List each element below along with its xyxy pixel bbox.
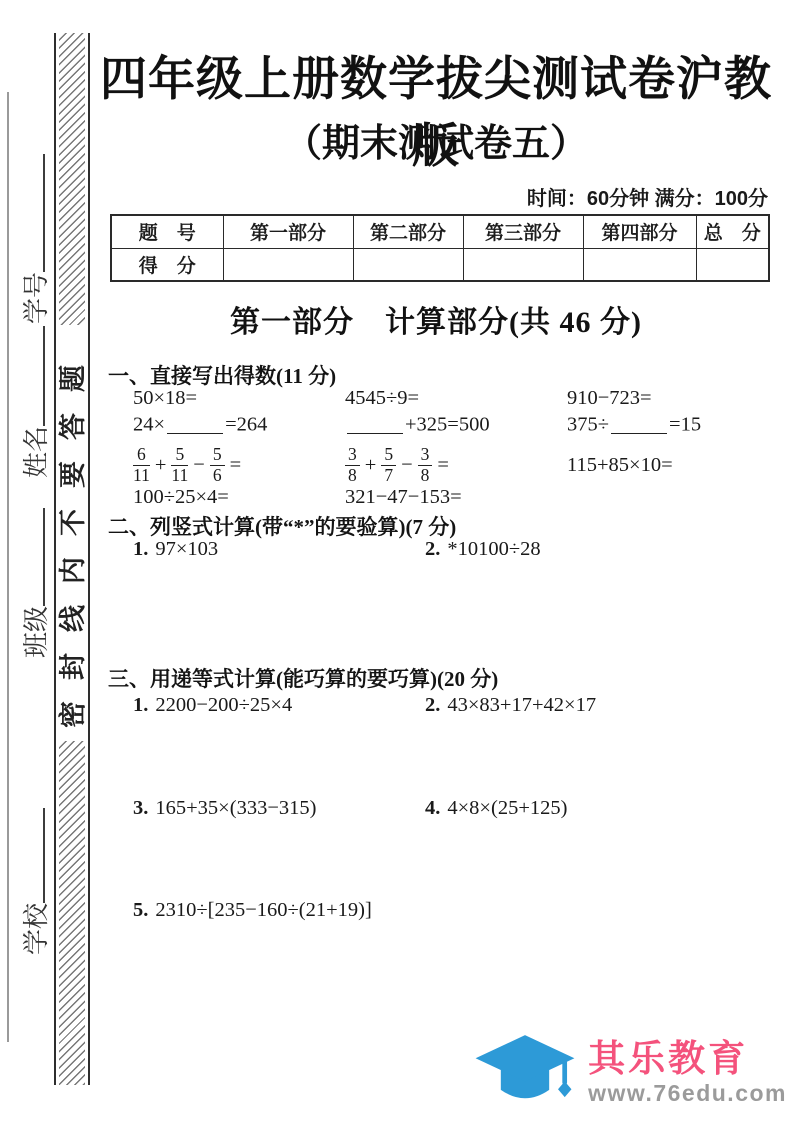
math-problem: 1.97×103 [133, 538, 425, 561]
score-table: 题 号 第一部分 第二部分 第三部分 第四部分 总 分 得 分 [110, 214, 770, 282]
math-problem: 375÷=15 [567, 413, 781, 437]
paper-subtitle: （期末测试卷五） [96, 112, 776, 167]
answer-blank [611, 413, 667, 434]
math-problem: +325=500 [345, 413, 567, 437]
part1-heading: 第一部分 计算部分(共 46 分) [96, 297, 776, 341]
score-row-label: 得 分 [111, 248, 223, 281]
score-table-score-row: 得 分 [111, 248, 769, 281]
fraction: 38 [418, 445, 433, 485]
score-cell [353, 248, 463, 281]
fraction: 57 [381, 445, 396, 485]
math-problem: 1.2200−200÷25×4 [133, 694, 425, 717]
section1-row3: 611 + 511 − 56 = 38 + 57 − 38 = 115+85×1… [133, 438, 781, 492]
header-cell-part1: 第一部分 [223, 215, 353, 248]
section2-items: 1.97×103 2.*10100÷28 [133, 538, 781, 561]
logo-text-block: 其乐教育 www.76edu.com [588, 1039, 787, 1107]
math-problem: 2.43×83+17+42×17 [425, 694, 781, 717]
seal-line-text: 密封线内不要答题 [57, 333, 89, 739]
header-cell-part3: 第三部分 [463, 215, 583, 248]
field-class-label: 班级 [22, 606, 51, 658]
section1-row2: 24×=264 +325=500 375÷=15 [133, 413, 781, 437]
math-problem: 910−723= [567, 387, 781, 410]
publisher-logo: 其乐教育 www.76edu.com [472, 1032, 787, 1114]
math-problem: 4.4×8×(25+125) [425, 797, 781, 820]
fraction: 38 [345, 445, 360, 485]
field-name-line [23, 326, 45, 426]
section3-row2: 3.165+35×(333−315) 4.4×8×(25+125) [133, 797, 781, 820]
field-student-no-label: 学号 [22, 272, 51, 324]
section1-row4: 100÷25×4= 321−47−153= [133, 486, 781, 509]
student-info-fields: 学校班级姓名学号 [14, 140, 60, 955]
section3-row1: 1.2200−200÷25×4 2.43×83+17+42×17 [133, 694, 781, 717]
section3-title: 三、用递等式计算(能巧算的要巧算)(20 分) [108, 663, 498, 693]
fraction-problem: 611 + 511 − 56 = [133, 445, 345, 485]
time-score-info: 时间：60分钟 满分：100分 [527, 182, 768, 211]
math-problem: 5.2310÷[235−160÷(21+19)] [133, 899, 781, 922]
score-cell [583, 248, 696, 281]
graduation-cap-icon [472, 1032, 578, 1114]
header-cell-question-no: 题 号 [111, 215, 223, 248]
field-class-line [23, 508, 45, 606]
field-name-label: 姓名 [22, 426, 51, 478]
math-problem: 50×18= [133, 387, 345, 410]
logo-website-url: www.76edu.com [588, 1080, 787, 1107]
logo-brand-name: 其乐教育 [588, 1039, 787, 1080]
exam-paper-page: 密封线内不要答题 学校班级姓名学号 四年级上册数学拔尖测试卷沪教版 （期末测试卷… [0, 0, 793, 1122]
math-problem: 2.*10100÷28 [425, 538, 781, 561]
score-cell [223, 248, 353, 281]
math-problem: 24×=264 [133, 413, 345, 437]
score-cell [696, 248, 769, 281]
fraction: 511 [171, 445, 188, 485]
fraction-problem: 38 + 57 − 38 = [345, 445, 567, 485]
fraction: 611 [133, 445, 150, 485]
score-cell [463, 248, 583, 281]
math-problem: 321−47−153= [345, 486, 567, 509]
field-school: 学校 [22, 658, 51, 955]
hatch-pattern-top [59, 33, 85, 325]
field-student-no: 学号 [22, 154, 51, 324]
answer-blank [167, 413, 223, 434]
math-problem: 100÷25×4= [133, 486, 345, 509]
fraction: 56 [210, 445, 225, 485]
answer-blank [347, 413, 403, 434]
header-cell-total: 总 分 [696, 215, 769, 248]
math-problem: 115+85×10= [567, 454, 781, 477]
page-edge-line [7, 92, 9, 1042]
section1-title: 一、直接写出得数(11 分) [108, 360, 336, 390]
section1-row1: 50×18= 4545÷9= 910−723= [133, 387, 781, 410]
hatch-pattern-bottom [59, 741, 85, 1085]
section3-row3: 5.2310÷[235−160÷(21+19)] [133, 899, 781, 922]
field-class: 班级 [22, 478, 51, 658]
field-student-no-line [23, 154, 45, 272]
math-problem: 3.165+35×(333−315) [133, 797, 425, 820]
math-problem: 4545÷9= [345, 387, 567, 410]
field-name: 姓名 [22, 324, 51, 478]
field-school-line [23, 808, 45, 903]
score-table-header-row: 题 号 第一部分 第二部分 第三部分 第四部分 总 分 [111, 215, 769, 248]
field-school-label: 学校 [22, 903, 51, 955]
header-cell-part2: 第二部分 [353, 215, 463, 248]
section2-title: 二、列竖式计算(带“*”的要验算)(7 分) [108, 511, 456, 541]
header-cell-part4: 第四部分 [583, 215, 696, 248]
